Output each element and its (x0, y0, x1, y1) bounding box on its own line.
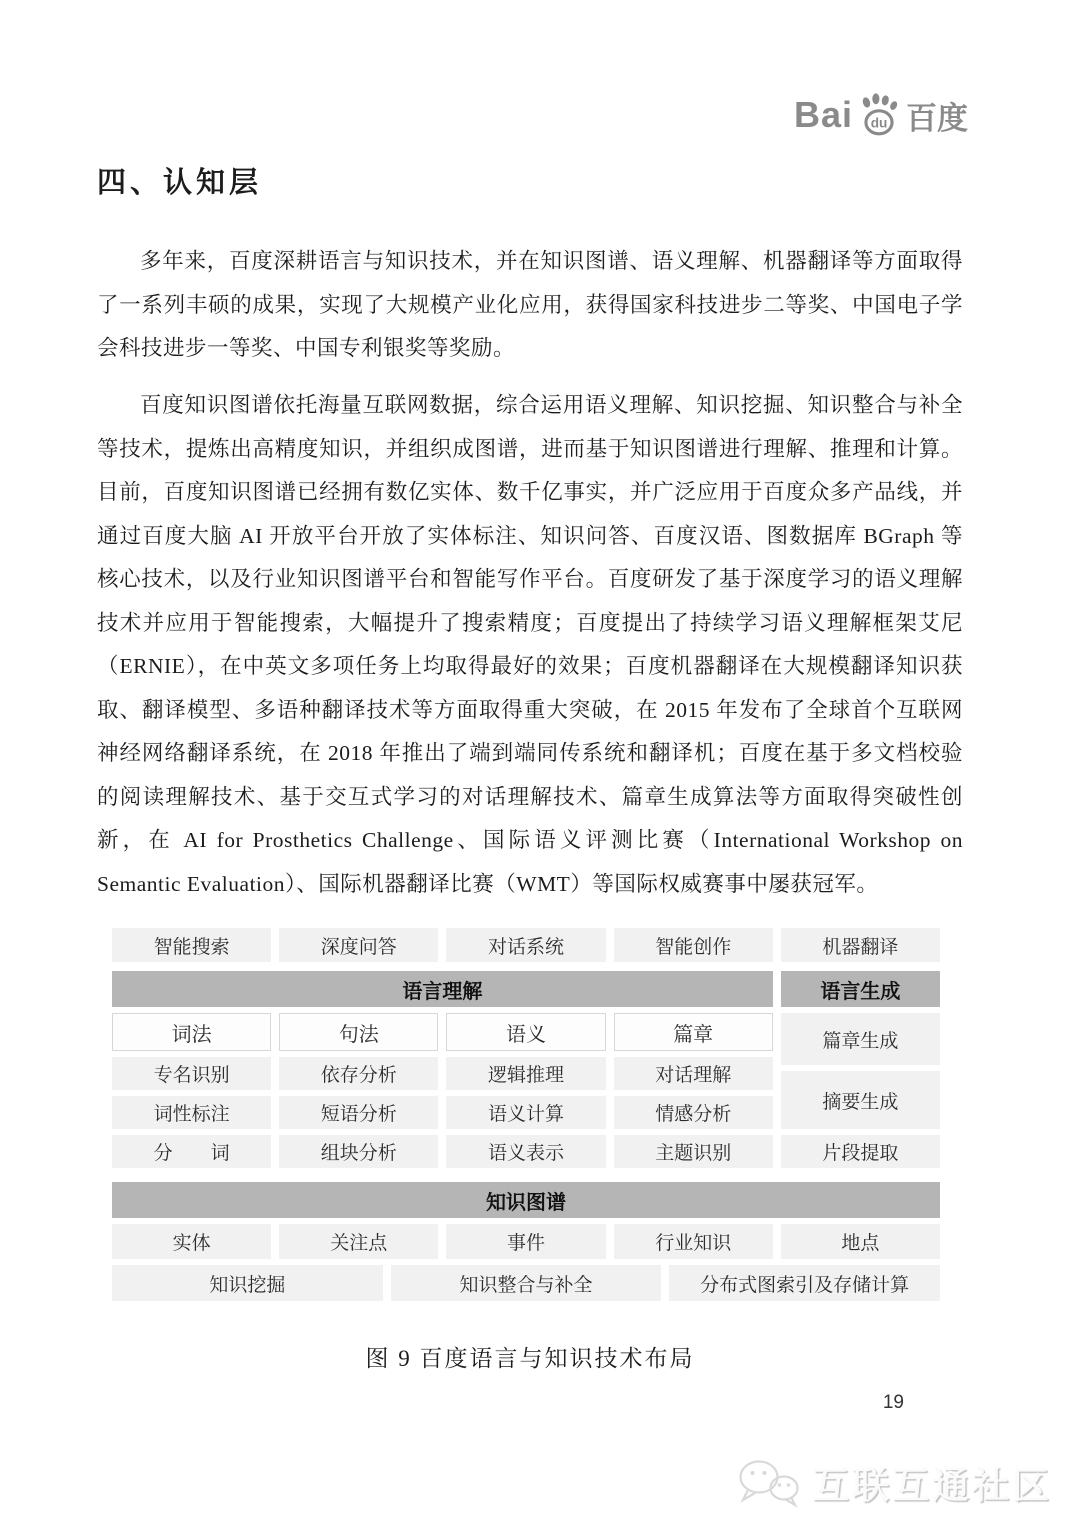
lu-row-2: 词性标注 短语分析 语义计算 情感分析 (112, 1096, 773, 1129)
lu-row-1: 专名识别 依存分析 逻辑推理 对话理解 (112, 1057, 773, 1090)
watermark: 互联互通社区 (736, 1455, 1052, 1509)
cell-discourse-generation: 篇章生成 (781, 1013, 940, 1065)
cell-pos-tagging: 词性标注 (112, 1096, 271, 1129)
cell-discourse: 篇章 (614, 1013, 773, 1051)
lu-row-3: 分 词 组块分析 语义表示 主题识别 (112, 1135, 773, 1168)
cell-machine-translation: 机器翻译 (781, 928, 940, 962)
cell-snippet-extraction: 片段提取 (781, 1135, 940, 1168)
language-generation-block: 语言生成 篇章生成 摘要生成 片段提取 (781, 971, 940, 1168)
cell-semantic-representation: 语义表示 (446, 1135, 605, 1168)
cell-syntax: 句法 (279, 1013, 438, 1051)
cell-named-entity-recognition: 专名识别 (112, 1057, 271, 1090)
cell-word-segmentation: 分 词 (112, 1135, 271, 1168)
cell-topic-recognition: 主题识别 (614, 1135, 773, 1168)
page-number: 19 (883, 1392, 904, 1414)
lu-axis-row: 词法 句法 语义 篇章 (112, 1013, 773, 1051)
cell-deep-qa: 深度问答 (279, 928, 438, 962)
logo-text-bai: Bai (794, 94, 853, 136)
cell-semantics: 语义 (446, 1013, 605, 1051)
cell-dialog-system: 对话系统 (446, 928, 605, 962)
cell-logical-reasoning: 逻辑推理 (446, 1057, 605, 1090)
figure-caption: 图 9 百度语言与知识技术布局 (97, 1340, 963, 1373)
products-row: 智能搜索 深度问答 对话系统 智能创作 机器翻译 (112, 928, 940, 962)
cell-intelligent-search: 智能搜索 (112, 928, 271, 962)
cell-distributed-graph-index: 分布式图索引及存储计算 (669, 1265, 940, 1301)
cell-knowledge-mining: 知识挖掘 (112, 1265, 383, 1301)
header-language-understanding: 语言理解 (112, 971, 773, 1007)
cell-lexical: 词法 (112, 1013, 271, 1051)
cell-point-of-interest: 关注点 (279, 1224, 438, 1259)
cell-phrase-analysis: 短语分析 (279, 1096, 438, 1129)
knowledge-graph-block: 知识图谱 实体 关注点 事件 行业知识 地点 知识挖掘 知识整合与补全 分布式图… (112, 1182, 940, 1301)
logo-text-du: du (871, 116, 888, 131)
cell-dialog-understanding: 对话理解 (614, 1057, 773, 1090)
baidu-logo: Bai du 百度 (794, 92, 968, 138)
cell-chunk-analysis: 组块分析 (279, 1135, 438, 1168)
cell-event: 事件 (446, 1224, 605, 1259)
wechat-icon (736, 1456, 802, 1508)
language-section: 语言理解 词法 句法 语义 篇章 专名识别 依存分析 逻辑推理 对话理解 词性标… (112, 971, 940, 1168)
paragraph-knowledge-graph: 百度知识图谱依托海量互联网数据，综合运用语义理解、知识挖掘、知识整合与补全等技术… (97, 384, 963, 906)
header-knowledge-graph: 知识图谱 (112, 1182, 940, 1218)
watermark-text: 互联互通社区 (812, 1455, 1052, 1509)
cell-industry-knowledge: 行业知识 (614, 1224, 773, 1259)
kg-bottom-row: 知识挖掘 知识整合与补全 分布式图索引及存储计算 (112, 1265, 940, 1301)
cell-entity: 实体 (112, 1224, 271, 1259)
kg-entity-row: 实体 关注点 事件 行业知识 地点 (112, 1224, 940, 1259)
document-page: Bai du 百度 四、认知层 多年来，百度深耕语言与知识技术，并在知识图谱、语… (0, 0, 1080, 1528)
cell-dependency-parsing: 依存分析 (279, 1057, 438, 1090)
paragraph-awards: 多年来，百度深耕语言与知识技术，并在知识图谱、语义理解、机器翻译等方面取得了一系… (97, 240, 963, 371)
cell-knowledge-integration: 知识整合与补全 (391, 1265, 662, 1301)
figure-language-knowledge-diagram: 智能搜索 深度问答 对话系统 智能创作 机器翻译 语言理解 词法 句法 语义 篇… (112, 928, 940, 1301)
section-heading: 四、认知层 (97, 160, 262, 201)
cell-location: 地点 (781, 1224, 940, 1259)
logo-text-cn: 百度 (906, 93, 968, 138)
cell-summary-generation: 摘要生成 (781, 1071, 940, 1129)
cell-intelligent-creation: 智能创作 (614, 928, 773, 962)
cell-sentiment-analysis: 情感分析 (614, 1096, 773, 1129)
language-understanding-block: 语言理解 词法 句法 语义 篇章 专名识别 依存分析 逻辑推理 对话理解 词性标… (112, 971, 773, 1168)
cell-semantic-computation: 语义计算 (446, 1096, 605, 1129)
baidu-paw-icon: du (856, 92, 902, 138)
header-language-generation: 语言生成 (781, 971, 940, 1007)
